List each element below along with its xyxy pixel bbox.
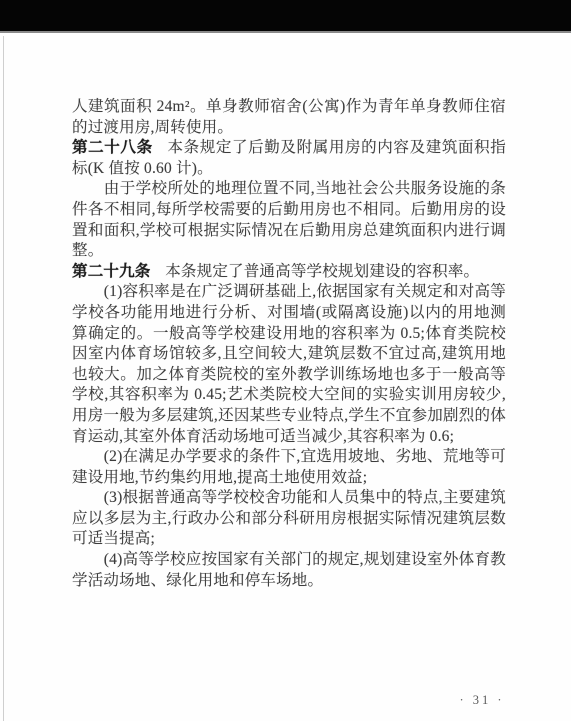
article-label: 第二十八条 <box>72 139 153 156</box>
page-number: · 31 · <box>452 693 512 708</box>
paragraph: (3)根据普通高等学校校舍功能和人员集中的特点,主要建筑应以多层为主,行政办公和… <box>72 488 506 550</box>
paragraph: 由于学校所处的地理位置不同,当地社会公共服务设施的条件各不相同,每所学校需要的后… <box>72 179 506 261</box>
paragraph: (1)容积率是在广泛调研基础上,依据国家有关规定和对高等学校各功能用地进行分析、… <box>72 282 506 447</box>
article-paragraph: 第二十八条本条规定了后勤及附属用房的内容及建筑面积指标(K 值按 0.60 计)… <box>72 138 506 179</box>
article-paragraph: 第二十九条本条规定了普通高等学校规划建设的容积率。 <box>72 262 506 283</box>
scanned-page: 人建筑面积 24m²。单身教师宿舍(公寓)作为青年单身教师住宿的过渡用房,周转使… <box>0 0 571 721</box>
document-body: 人建筑面积 24m²。单身教师宿舍(公寓)作为青年单身教师住宿的过渡用房,周转使… <box>72 97 506 591</box>
paragraph: 人建筑面积 24m²。单身教师宿舍(公寓)作为青年单身教师住宿的过渡用房,周转使… <box>72 97 506 138</box>
scan-top-bar <box>0 0 571 33</box>
article-label: 第二十九条 <box>72 263 151 280</box>
paragraph: (2)在满足办学要求的条件下,宜选用坡地、劣地、荒地等可建设用地,节约集约用地,… <box>72 447 506 488</box>
page-left-edge <box>3 36 4 721</box>
paragraph: (4)高等学校应按国家有关部门的规定,规划建设室外体育教学活动场地、绿化用地和停… <box>72 550 506 591</box>
